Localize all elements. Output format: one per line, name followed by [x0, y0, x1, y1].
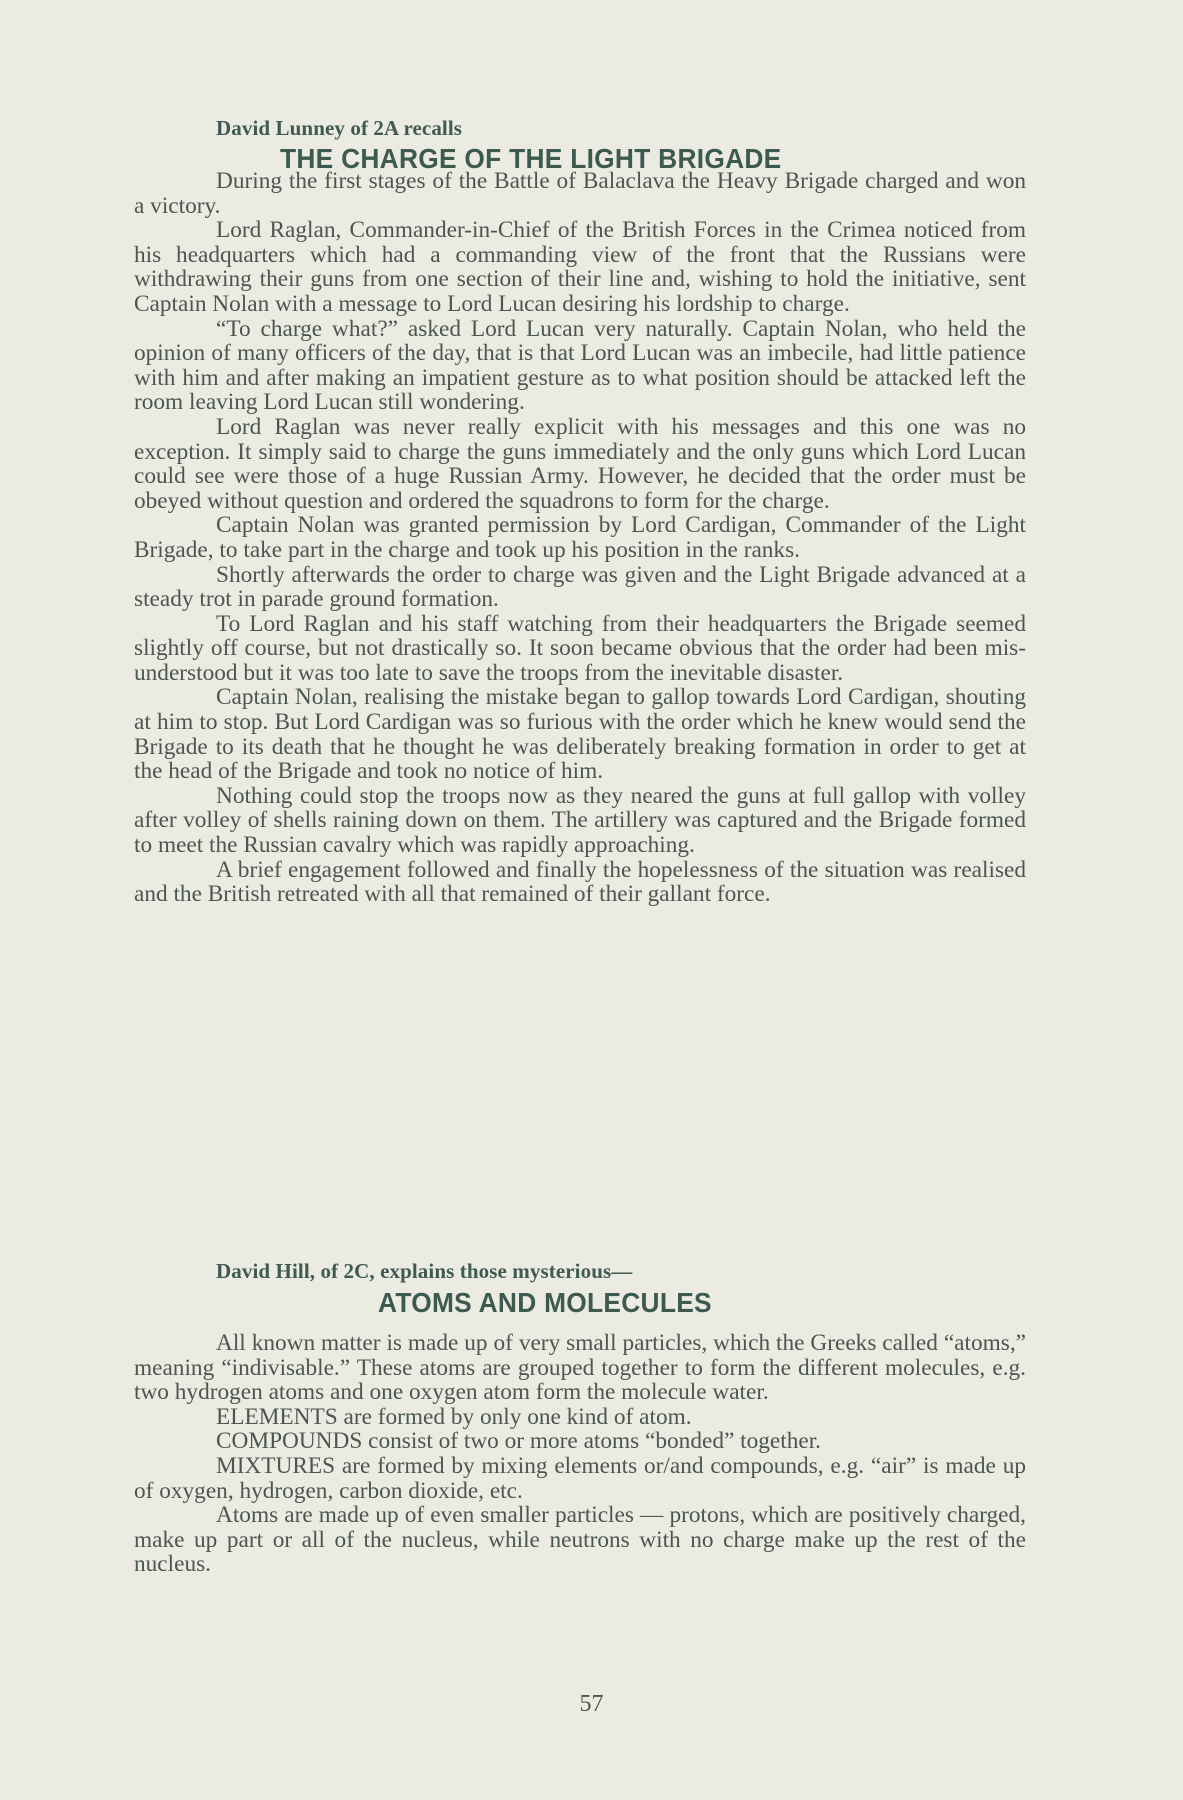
article1-byline: David Lunney of 2A recalls — [216, 116, 462, 141]
article1-paragraph: Lord Raglan, Commander-in-Chief of the B… — [134, 218, 1026, 316]
article1-paragraph: Captain Nolan was granted permission by … — [134, 513, 1026, 562]
article2-paragraph: COMPOUNDS consist of two or more atoms “… — [134, 1429, 1026, 1454]
article2-paragraph: All known matter is made up of very smal… — [134, 1331, 1026, 1405]
article1-paragraph: A brief engagement followed and finally … — [134, 858, 1026, 907]
article1-paragraph: To Lord Raglan and his staff watching fr… — [134, 612, 1026, 686]
article2-byline: David Hill, of 2C, explains those myster… — [216, 1259, 632, 1284]
article1-paragraph: During the first stages of the Battle of… — [134, 169, 1026, 218]
article2-paragraph: Atoms are made up of even smaller partic… — [134, 1503, 1026, 1577]
document-page: David Lunney of 2A recalls THE CHARGE OF… — [0, 0, 1183, 1800]
article1-paragraph: “To charge what?” asked Lord Lucan very … — [134, 317, 1026, 415]
article1-paragraph: Lord Raglan was never really explicit wi… — [134, 415, 1026, 513]
article2-body: All known matter is made up of very smal… — [134, 1331, 1026, 1577]
article2-title: ATOMS AND MOLECULES — [378, 1287, 712, 1319]
article1-body: During the first stages of the Battle of… — [134, 169, 1026, 907]
page-number: 57 — [0, 1691, 1183, 1718]
article1-paragraph: Nothing could stop the troops now as the… — [134, 784, 1026, 858]
article2-paragraph: ELEMENTS are formed by only one kind of … — [134, 1405, 1026, 1430]
article1-paragraph: Shortly afterwards the order to charge w… — [134, 563, 1026, 612]
article1-paragraph: Captain Nolan, realising the mistake beg… — [134, 685, 1026, 783]
article2-paragraph: MIXTURES are formed by mixing elements o… — [134, 1454, 1026, 1503]
